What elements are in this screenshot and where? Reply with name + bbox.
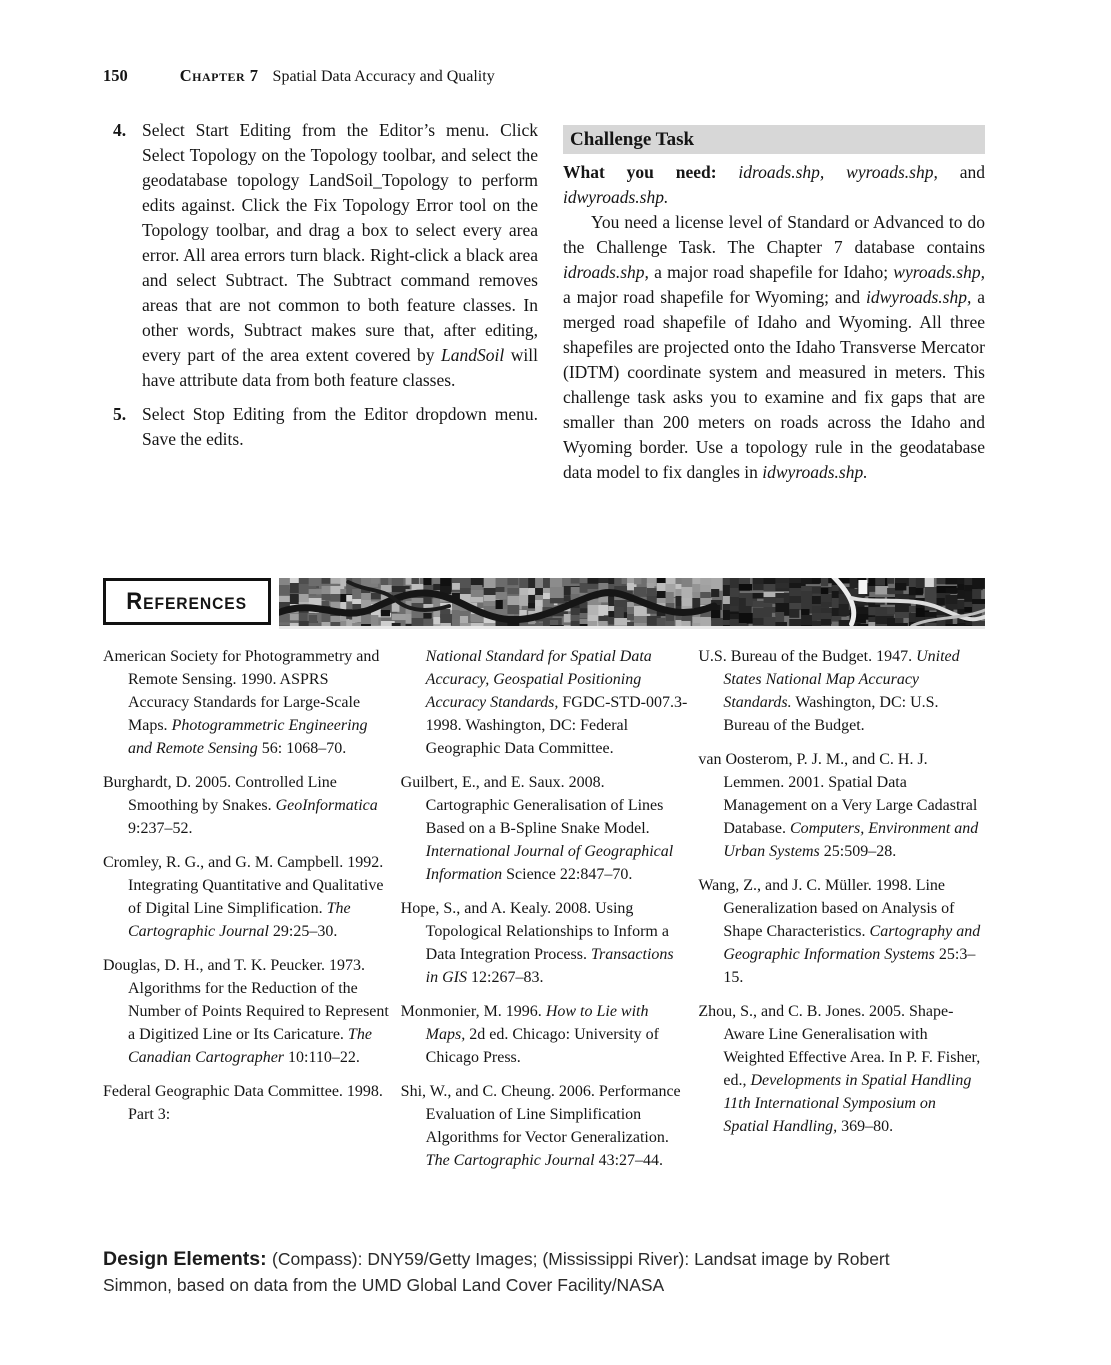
challenge-task-heading: Challenge Task <box>563 125 985 154</box>
reference-entry: Burghardt, D. 2005. Controlled Line Smoo… <box>103 771 390 840</box>
reference-entry: American Society for Photogrammetry and … <box>103 645 390 760</box>
references-columns: American Society for Photogrammetry and … <box>103 645 985 1183</box>
reference-entry: Monmonier, M. 1996. How to Lie with Maps… <box>401 1000 688 1069</box>
step-item-5: 5. Select Stop Editing from the Editor d… <box>103 402 538 452</box>
references-banner: References <box>103 578 985 628</box>
reference-entry-continuation: National Standard for Spatial Data Accur… <box>401 645 688 760</box>
design-elements-credit: Design Elements: (Compass): DNY59/Getty … <box>103 1246 913 1298</box>
references-heading-box: References <box>103 578 271 625</box>
tutorial-columns: 4. Select Start Editing from the Editor’… <box>103 118 985 485</box>
chapter-label: Chapter 7 <box>180 66 259 86</box>
step-text: Select Start Editing from the Editor’s m… <box>142 118 538 393</box>
reference-entry: Shi, W., and C. Cheung. 2006. Performanc… <box>401 1080 688 1172</box>
running-head: 150 Chapter 7 Spatial Data Accuracy and … <box>103 66 985 86</box>
reference-entry: Hope, S., and A. Kealy. 2008. Using Topo… <box>401 897 688 989</box>
reference-column-1: American Society for Photogrammetry and … <box>103 645 390 1183</box>
reference-entry: Guilbert, E., and E. Saux. 2008. Cartogr… <box>401 771 688 886</box>
step-number: 5. <box>103 402 142 452</box>
landsat-strip-graphic <box>279 578 985 626</box>
references-strip-image <box>279 578 985 629</box>
chapter-title: Spatial Data Accuracy and Quality <box>273 68 495 86</box>
reference-entry: Federal Geographic Data Committee. 1998.… <box>103 1080 390 1126</box>
references-heading: References <box>127 588 248 616</box>
step-text: Select Stop Editing from the Editor drop… <box>142 402 538 452</box>
reference-entry: Wang, Z., and J. C. Müller. 1998. Line G… <box>698 874 985 989</box>
challenge-body-paragraph: You need a license level of Standard or … <box>563 210 985 485</box>
reference-entry: Zhou, S., and C. B. Jones. 2005. Shape-A… <box>698 1000 985 1138</box>
step-number: 4. <box>103 118 142 393</box>
challenge-task-panel: Challenge Task What you need: idroads.sh… <box>563 118 985 485</box>
reference-column-3: U.S. Bureau of the Budget. 1947. United … <box>698 645 985 1183</box>
reference-column-2: National Standard for Spatial Data Accur… <box>401 645 688 1183</box>
steps-list: 4. Select Start Editing from the Editor’… <box>103 118 538 485</box>
book-page: 150 Chapter 7 Spatial Data Accuracy and … <box>0 0 1111 1365</box>
challenge-need-paragraph: What you need: idroads.shp, wyroads.shp,… <box>563 160 985 210</box>
page-number: 150 <box>103 66 128 86</box>
reference-entry: van Oosterom, P. J. M., and C. H. J. Lem… <box>698 748 985 863</box>
reference-entry: Douglas, D. H., and T. K. Peucker. 1973.… <box>103 954 390 1069</box>
step-item-4: 4. Select Start Editing from the Editor’… <box>103 118 538 393</box>
reference-entry: U.S. Bureau of the Budget. 1947. United … <box>698 645 985 737</box>
reference-entry: Cromley, R. G., and G. M. Campbell. 1992… <box>103 851 390 943</box>
